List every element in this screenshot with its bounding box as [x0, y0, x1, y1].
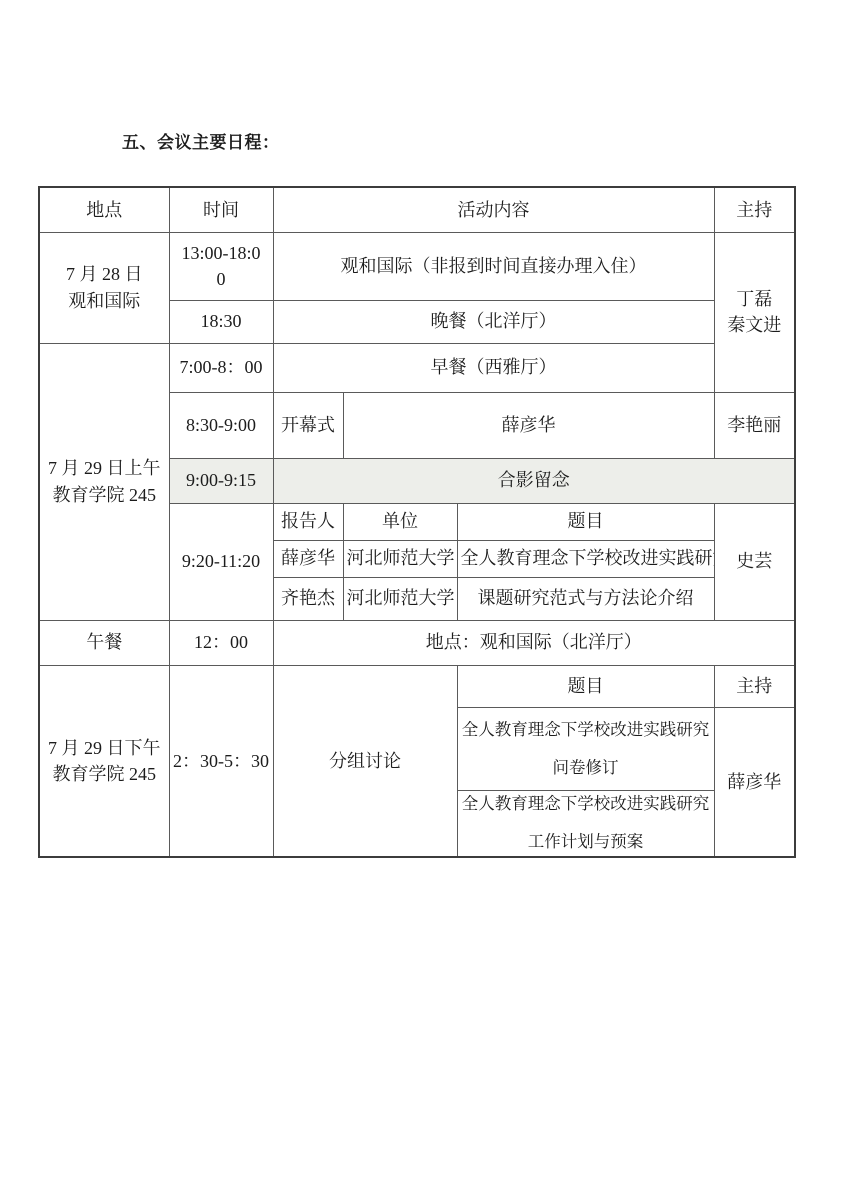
- cell-location-day2-afternoon: 7 月 29 日下午 教育学院 245: [39, 665, 169, 857]
- cell-opening-speaker: 薛彦华: [343, 392, 714, 458]
- host-day1-name1: 丁磊: [718, 286, 792, 312]
- row-breakfast: 7 月 29 日上午 教育学院 245 7:00-8：00 早餐（西雅厅）: [39, 343, 795, 392]
- cell-afternoon-time: 2：30-5：30: [169, 665, 273, 857]
- afternoon-topic2: 全人教育理念下学校改进实践研究 工作计划与预案: [457, 790, 714, 857]
- row-lunch: 午餐 12：00 地点：观和国际（北洋厅）: [39, 620, 795, 665]
- cell-opening-label: 开幕式: [273, 392, 343, 458]
- cell-location-day1: 7 月 28 日 观和国际: [39, 232, 169, 343]
- cell-host-day1: 丁磊 秦文进: [714, 232, 795, 392]
- location-day1-date: 7 月 28 日: [43, 261, 166, 287]
- report1-topic: 全人教育理念下学校改进实践研究: [457, 540, 714, 577]
- header-activity: 活动内容: [273, 187, 714, 232]
- cell-dinner-activity: 晚餐（北洋厅）: [273, 300, 714, 343]
- header-location: 地点: [39, 187, 169, 232]
- cell-location-day2-morning: 7 月 29 日上午 教育学院 245: [39, 343, 169, 620]
- afternoon-topic1-line1: 全人教育理念下学校改进实践研究: [461, 718, 711, 742]
- cell-reports-host: 史芸: [714, 503, 795, 620]
- afternoon-topic1: 全人教育理念下学校改进实践研究 问卷修订: [457, 707, 714, 790]
- cell-photo-time: 9:00-9:15: [169, 458, 273, 503]
- afternoon-topic-header: 题目: [457, 665, 714, 707]
- report2-unit: 河北师范大学: [343, 577, 457, 620]
- location-day2pm-place: 教育学院 245: [43, 761, 166, 787]
- checkin-time-line1: 13:00-18:0: [173, 240, 270, 266]
- report2-topic: 课题研究范式与方法论介绍: [457, 577, 714, 620]
- afternoon-topic2-line1: 全人教育理念下学校改进实践研究: [461, 792, 711, 816]
- report-header-topic: 题目: [457, 503, 714, 540]
- cell-opening-host: 李艳丽: [714, 392, 795, 458]
- report-header-speaker: 报告人: [273, 503, 343, 540]
- cell-afternoon-host: 薛彦华: [714, 707, 795, 857]
- cell-checkin-time: 13:00-18:0 0: [169, 232, 273, 300]
- cell-dinner-time: 18:30: [169, 300, 273, 343]
- cell-opening-time: 8:30-9:00: [169, 392, 273, 458]
- cell-checkin-activity: 观和国际（非报到时间直接办理入住）: [273, 232, 714, 300]
- cell-breakfast-time: 7:00-8：00: [169, 343, 273, 392]
- afternoon-host-header: 主持: [714, 665, 795, 707]
- section-title: 五、会议主要日程：: [122, 128, 280, 153]
- row-afternoon-header: 7 月 29 日下午 教育学院 245 2：30-5：30 分组讨论 题目 主持: [39, 665, 795, 707]
- checkin-time-line2: 0: [173, 266, 270, 292]
- scanned-document-page: 五、会议主要日程： 地点 时间 活动内容 主持 7 月 28 日 观和国际 13…: [0, 0, 848, 1200]
- location-day2am-place: 教育学院 245: [43, 482, 166, 508]
- host-day1-name2: 秦文进: [718, 312, 792, 338]
- table-header-row: 地点 时间 活动内容 主持: [39, 187, 795, 232]
- report1-unit: 河北师范大学: [343, 540, 457, 577]
- afternoon-topic1-line2: 问卷修订: [461, 756, 711, 780]
- report-header-unit: 单位: [343, 503, 457, 540]
- location-day2am-date: 7 月 29 日上午: [43, 455, 166, 481]
- afternoon-topic2-line2: 工作计划与预案: [461, 830, 711, 854]
- location-day2pm-date: 7 月 29 日下午: [43, 735, 166, 761]
- conference-schedule-table: 地点 时间 活动内容 主持 7 月 28 日 观和国际 13:00-18:0 0…: [38, 186, 796, 858]
- cell-lunch-time: 12：00: [169, 620, 273, 665]
- cell-lunch-activity: 地点：观和国际（北洋厅）: [273, 620, 795, 665]
- header-time: 时间: [169, 187, 273, 232]
- report1-speaker: 薛彦华: [273, 540, 343, 577]
- cell-lunch-label: 午餐: [39, 620, 169, 665]
- cell-photo-activity: 合影留念: [273, 458, 795, 503]
- header-host: 主持: [714, 187, 795, 232]
- cell-afternoon-activity: 分组讨论: [273, 665, 457, 857]
- cell-breakfast-activity: 早餐（西雅厅）: [273, 343, 714, 392]
- report2-speaker: 齐艳杰: [273, 577, 343, 620]
- cell-reports-time: 9:20-11:20: [169, 503, 273, 620]
- row-checkin: 7 月 28 日 观和国际 13:00-18:0 0 观和国际（非报到时间直接办…: [39, 232, 795, 300]
- location-day1-place: 观和国际: [43, 288, 166, 314]
